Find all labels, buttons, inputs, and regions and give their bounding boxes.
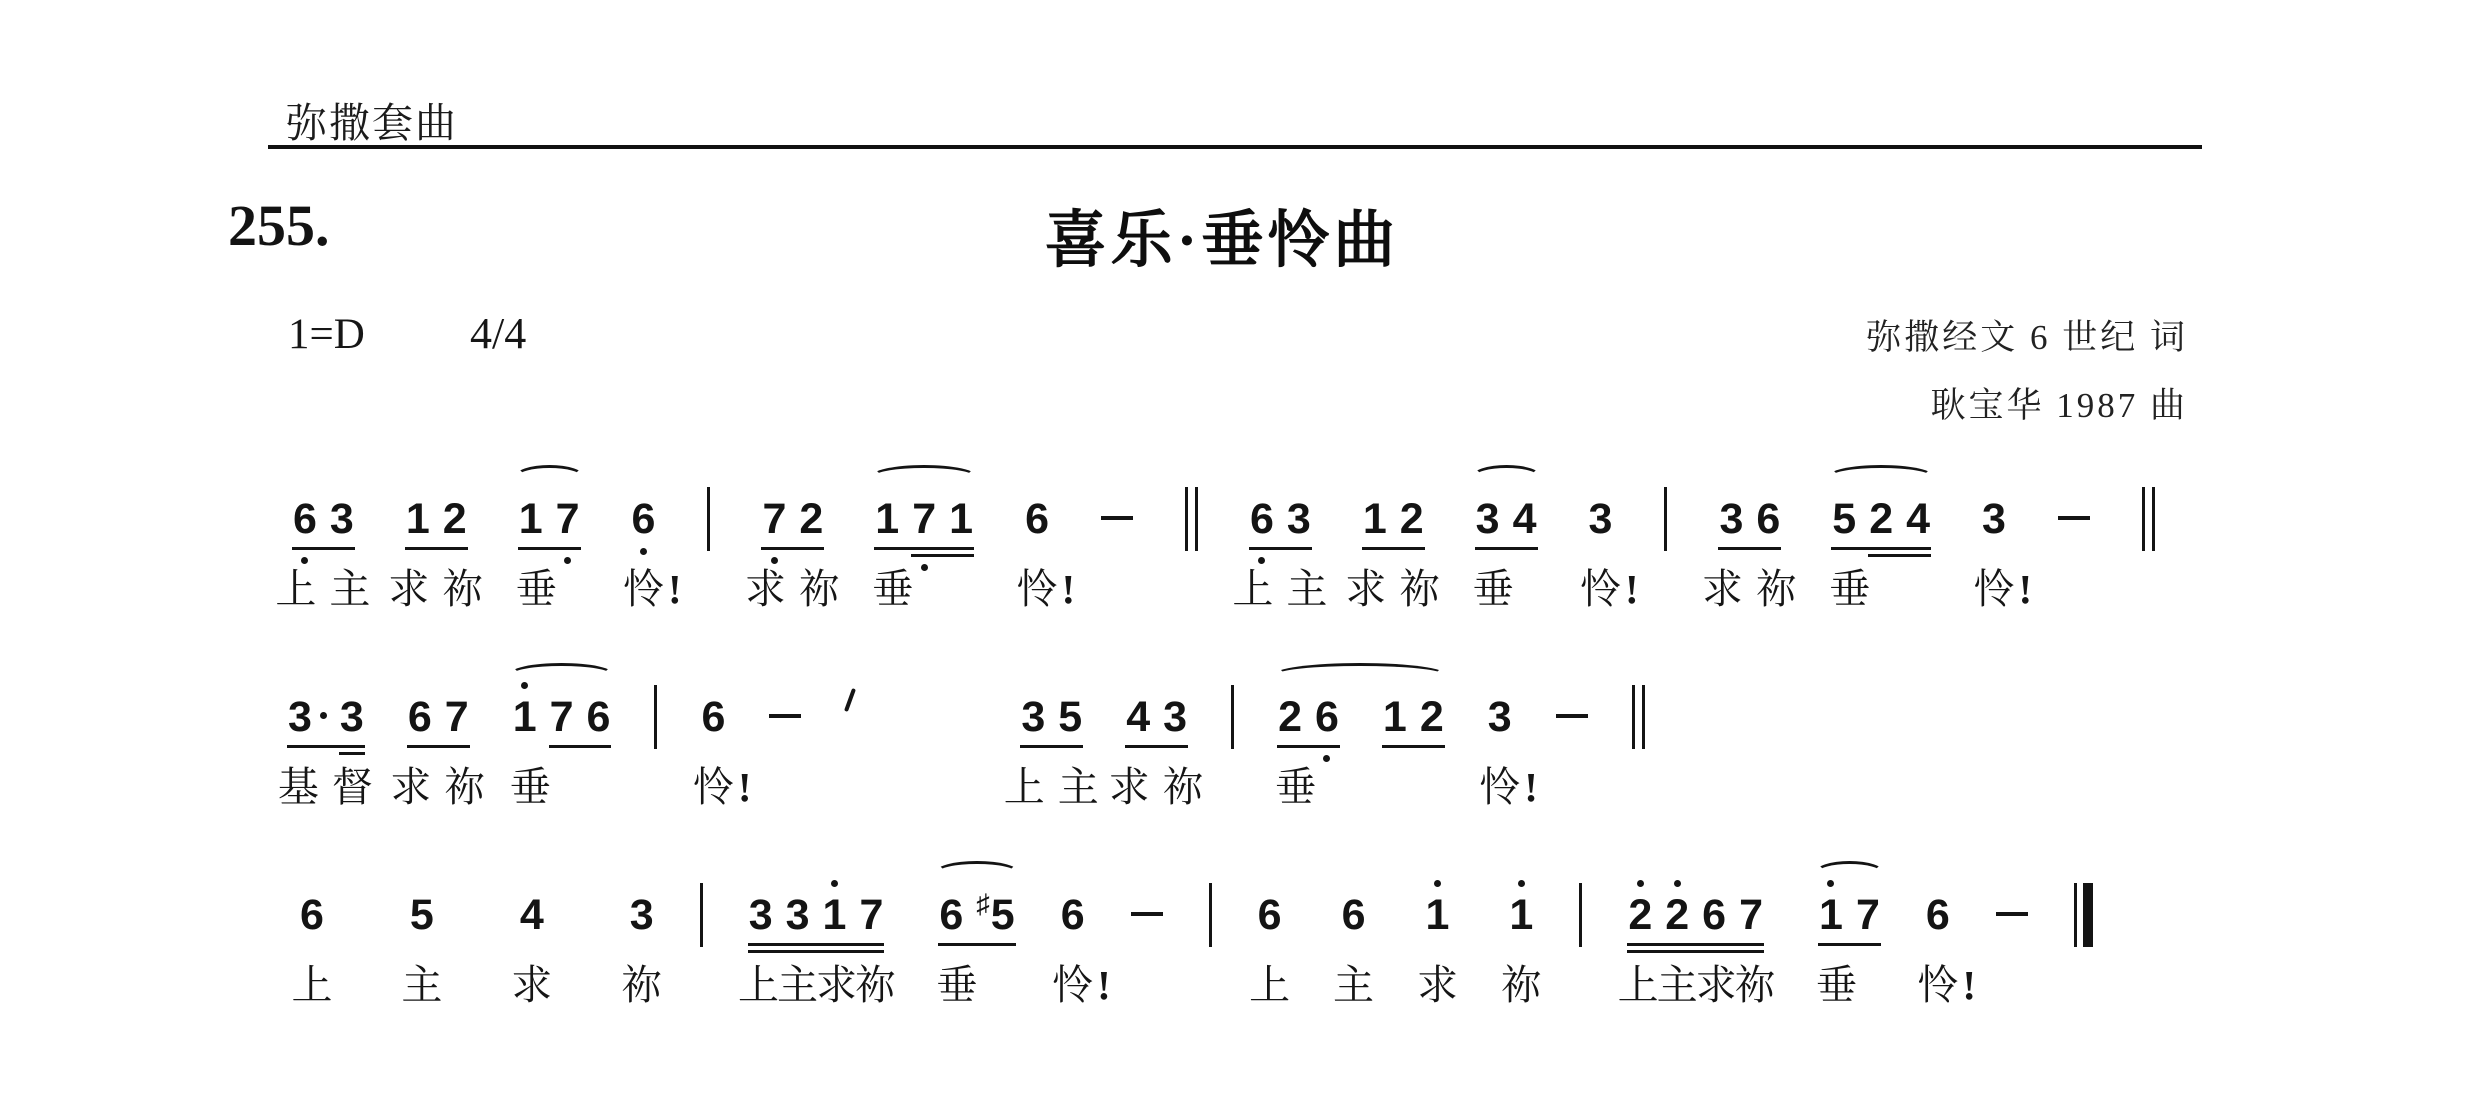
note-digits: 1 bbox=[1509, 892, 1533, 938]
note-digit: 3 bbox=[1163, 694, 1187, 740]
lyric: 上 bbox=[1249, 962, 1290, 1008]
note-digit: 3 bbox=[1287, 496, 1311, 542]
note-digit: 7 bbox=[550, 694, 574, 740]
note-digits: 6 bbox=[300, 892, 324, 938]
lyric-exclamation: ! bbox=[1062, 566, 1076, 612]
note: 6主 bbox=[1342, 892, 1366, 938]
note-group: 6♯5垂 bbox=[939, 892, 1014, 938]
note-group: 524垂 bbox=[1832, 496, 1930, 542]
note-digits: 12 bbox=[1383, 694, 1444, 740]
lyric: 求祢 bbox=[388, 566, 496, 612]
note-digits: 524 bbox=[1832, 496, 1930, 542]
beam-underline bbox=[1277, 745, 1340, 748]
lyric: 求 bbox=[511, 962, 552, 1008]
note-digit: 3 bbox=[630, 892, 654, 938]
note-digits: 6 bbox=[1025, 496, 1049, 542]
slur-arc bbox=[1472, 465, 1541, 488]
beam-underline bbox=[761, 547, 824, 550]
note-group: 17垂 bbox=[1819, 892, 1880, 938]
note-digits: 4 bbox=[520, 892, 544, 938]
beam-underline bbox=[911, 554, 974, 557]
beam-underline bbox=[1718, 547, 1781, 550]
note-digit: 2 bbox=[1400, 496, 1424, 542]
beam-underline bbox=[748, 943, 885, 946]
lyric-exclamation: ! bbox=[2019, 566, 2033, 612]
note-digit: 1 bbox=[949, 496, 973, 542]
note-digit: 7 bbox=[556, 496, 580, 542]
note-digits: 6♯5 bbox=[939, 892, 1014, 938]
breath-mark bbox=[845, 694, 857, 740]
lyric: 垂 bbox=[516, 566, 557, 612]
note-digit: 3 bbox=[1982, 496, 2006, 542]
note-digit: 6 bbox=[1025, 496, 1049, 542]
note-digits: 63 bbox=[1250, 496, 1311, 542]
note-group: 176垂 bbox=[513, 694, 611, 740]
note-digit: 2 bbox=[1278, 694, 1302, 740]
note-digit: 7 bbox=[445, 694, 469, 740]
note-group: 2267上主求祢 bbox=[1628, 892, 1763, 938]
note-digits: 171 bbox=[875, 496, 973, 542]
note-digit: 3 bbox=[1589, 496, 1613, 542]
note-digits: 3317 bbox=[749, 892, 884, 938]
double-barline bbox=[2142, 487, 2155, 551]
note-group: 72求祢 bbox=[762, 496, 823, 542]
lyric: 垂 bbox=[510, 764, 551, 810]
note: 1祢 bbox=[1509, 892, 1533, 938]
lyric: 求 bbox=[1417, 962, 1458, 1008]
note-digit: 4 bbox=[520, 892, 544, 938]
note-group: 3317上主求祢 bbox=[749, 892, 884, 938]
hold-dash bbox=[2058, 496, 2090, 542]
beam-underline bbox=[1125, 745, 1188, 748]
beam-underline bbox=[1362, 547, 1425, 550]
beam-underline bbox=[1382, 745, 1445, 748]
lyric: 怜! bbox=[693, 764, 734, 810]
lyric: 垂 bbox=[872, 566, 913, 612]
barline bbox=[1664, 487, 1667, 551]
hold-dash bbox=[1996, 892, 2028, 938]
note-digit: 6 bbox=[587, 694, 611, 740]
note-digit: 5 bbox=[1832, 496, 1856, 542]
beam-underline bbox=[405, 547, 468, 550]
note: 3祢 bbox=[630, 892, 654, 938]
note-digit: 1 bbox=[1425, 892, 1449, 938]
note-group: 171垂 bbox=[875, 496, 973, 542]
note-group: 63上主 bbox=[1250, 496, 1311, 542]
music-line: 33基督67求祢176垂6怜!35上主43求祢26垂123怜! bbox=[288, 694, 1645, 749]
note-digits: 6 bbox=[1342, 892, 1366, 938]
beam-underline bbox=[1627, 950, 1764, 953]
note-digit: 6 bbox=[632, 496, 656, 542]
barline bbox=[1209, 883, 1212, 947]
beam-underline bbox=[1868, 554, 1931, 557]
lyric: 垂 bbox=[1275, 764, 1316, 810]
note: 3怜! bbox=[1589, 496, 1613, 542]
note-digit: 6 bbox=[408, 694, 432, 740]
note-digit: 1 bbox=[823, 892, 847, 938]
note-digit: 6 bbox=[1250, 496, 1274, 542]
note-digit: 6 bbox=[1342, 892, 1366, 938]
note: 6上 bbox=[300, 892, 324, 938]
note-group: 26垂 bbox=[1278, 694, 1339, 740]
note-digit: 3 bbox=[340, 694, 364, 740]
note-digit: 4 bbox=[1513, 496, 1537, 542]
note-digit: 1 bbox=[1509, 892, 1533, 938]
final-barline bbox=[2074, 883, 2093, 947]
note-digits: 12 bbox=[406, 496, 467, 542]
lyric-exclamation: ! bbox=[1625, 566, 1639, 612]
note-digit: 6 bbox=[939, 892, 963, 938]
credit-lyricist: 弥撒经文 6 世纪 词 bbox=[1866, 310, 2188, 360]
lyric-exclamation: ! bbox=[1962, 962, 1976, 1008]
note-digit: 1 bbox=[513, 694, 537, 740]
lyric: 怜! bbox=[1917, 962, 1958, 1008]
note-digits: 6 bbox=[1926, 892, 1950, 938]
note: 6怜! bbox=[1025, 496, 1049, 542]
note-digit: 3 bbox=[1021, 694, 1045, 740]
note-digit: 3 bbox=[1476, 496, 1500, 542]
lyric-exclamation: ! bbox=[1524, 764, 1538, 810]
note-digits: 36 bbox=[1719, 496, 1780, 542]
note-digits: 5 bbox=[410, 892, 434, 938]
hold-dash bbox=[1101, 496, 1133, 542]
hold-dash bbox=[1556, 694, 1588, 740]
beam-underline bbox=[549, 745, 612, 748]
note-digits: 72 bbox=[762, 496, 823, 542]
hymnal-page: { "page": { "running_head": "弥撒套曲", "hym… bbox=[0, 0, 2468, 1104]
note-digit: 2 bbox=[1665, 892, 1689, 938]
note-digit: 2 bbox=[1869, 496, 1893, 542]
lyric: 上主 bbox=[275, 566, 383, 612]
note-digit: 6 bbox=[1315, 694, 1339, 740]
barline bbox=[1579, 883, 1582, 947]
note-digit: 3 bbox=[1719, 496, 1743, 542]
key-signature: 1=D bbox=[288, 310, 365, 359]
augmentation-dot bbox=[320, 712, 327, 719]
note-digits: 17 bbox=[519, 496, 580, 542]
lyric: 怜! bbox=[1580, 566, 1621, 612]
barline bbox=[700, 883, 703, 947]
lyric: 上 bbox=[291, 962, 332, 1008]
credit-composer: 耿宝华 1987 曲 bbox=[1930, 378, 2188, 428]
note-digit: 6 bbox=[293, 496, 317, 542]
note-digit: 6 bbox=[1258, 892, 1282, 938]
note-digit: 1 bbox=[406, 496, 430, 542]
note-group: 17垂 bbox=[519, 496, 580, 542]
note-digit: 1 bbox=[1383, 694, 1407, 740]
note-digit: 5 bbox=[1058, 694, 1082, 740]
hold-dash bbox=[1131, 892, 1163, 938]
beam-underline bbox=[292, 547, 355, 550]
note-digits: 3 bbox=[630, 892, 654, 938]
note: 3怜! bbox=[1488, 694, 1512, 740]
note-digit: 2 bbox=[1420, 694, 1444, 740]
note-digits: 33 bbox=[288, 694, 364, 740]
lyric: 求祢 bbox=[1702, 566, 1810, 612]
note-digits: 17 bbox=[1819, 892, 1880, 938]
note-digit: 6 bbox=[1702, 892, 1726, 938]
page-title: 喜乐·垂怜曲 bbox=[1045, 190, 1400, 279]
double-barline bbox=[1632, 685, 1645, 749]
note-group: 12 bbox=[1383, 694, 1444, 740]
hold-dash bbox=[769, 694, 801, 740]
beam-underline bbox=[938, 943, 1015, 946]
note: 3怜! bbox=[1982, 496, 2006, 542]
music-line: 63上主12求祢17垂6怜!72求祢171垂6怜!63上主12求祢34垂3怜!3… bbox=[293, 496, 2155, 551]
lyric: 垂 bbox=[1473, 566, 1514, 612]
lyric: 求祢 bbox=[745, 566, 853, 612]
beam-underline bbox=[1475, 547, 1538, 550]
lyric-exclamation: ! bbox=[738, 764, 752, 810]
note-digit: 3 bbox=[330, 496, 354, 542]
note-digit: 6 bbox=[1061, 892, 1085, 938]
lyric: 祢 bbox=[621, 962, 662, 1008]
note-digits: 3 bbox=[1589, 496, 1613, 542]
lyric: 垂 bbox=[936, 962, 977, 1008]
slur-arc bbox=[1274, 663, 1446, 686]
note-digit: 7 bbox=[1856, 892, 1880, 938]
note-digits: 63 bbox=[293, 496, 354, 542]
note-digits: 26 bbox=[1278, 694, 1339, 740]
note-digit: ♯5 bbox=[976, 892, 1014, 938]
running-head: 弥撒套曲 bbox=[286, 90, 458, 149]
beam-underline bbox=[1818, 943, 1881, 946]
note-digits: 35 bbox=[1021, 694, 1082, 740]
barline bbox=[707, 487, 710, 551]
lyric: 上主求祢 bbox=[1618, 962, 1774, 1008]
slur-arc bbox=[871, 465, 977, 488]
double-barline bbox=[1185, 487, 1198, 551]
note-digit: 3 bbox=[288, 694, 327, 740]
note-digit: 3 bbox=[1488, 694, 1512, 740]
sharp-icon: ♯ bbox=[976, 889, 990, 919]
note-digit: 2 bbox=[799, 496, 823, 542]
note: 6怜! bbox=[632, 496, 656, 542]
note-digit: 7 bbox=[912, 496, 936, 542]
lyric: 上主求祢 bbox=[738, 962, 894, 1008]
note-digits: 6 bbox=[701, 694, 725, 740]
note-digit: 1 bbox=[519, 496, 543, 542]
note-group: 33基督 bbox=[288, 694, 364, 740]
note-digit: 6 bbox=[1926, 892, 1950, 938]
beam-underline bbox=[339, 752, 365, 755]
slur-arc bbox=[1815, 861, 1884, 884]
barline bbox=[654, 685, 657, 749]
note: 5主 bbox=[410, 892, 434, 938]
note-digits: 6 bbox=[1061, 892, 1085, 938]
header-rule bbox=[268, 145, 2202, 149]
lyric: 主 bbox=[401, 962, 442, 1008]
note: 1求 bbox=[1425, 892, 1449, 938]
note: 6上 bbox=[1258, 892, 1282, 938]
lyric: 怜! bbox=[1479, 764, 1520, 810]
lyric: 求祢 bbox=[1345, 566, 1453, 612]
beam-underline bbox=[1020, 745, 1083, 748]
note: 6怜! bbox=[1926, 892, 1950, 938]
time-signature: 4/4 bbox=[470, 308, 526, 359]
note-group: 35上主 bbox=[1021, 694, 1082, 740]
beam-underline bbox=[1831, 547, 1871, 550]
note-digits: 2267 bbox=[1628, 892, 1763, 938]
barline bbox=[1231, 685, 1234, 749]
beam-underline bbox=[911, 547, 974, 550]
lyric: 怜! bbox=[1052, 962, 1093, 1008]
lyric: 上主 bbox=[1004, 764, 1112, 810]
note-digits: 67 bbox=[408, 694, 469, 740]
note-group: 43求祢 bbox=[1126, 694, 1187, 740]
note-group: 67求祢 bbox=[408, 694, 469, 740]
beam-underline bbox=[748, 950, 885, 953]
note-digit: 7 bbox=[762, 496, 786, 542]
note-digit: 3 bbox=[749, 892, 773, 938]
note-digit: 5 bbox=[410, 892, 434, 938]
lyric: 主 bbox=[1333, 962, 1374, 1008]
note-group: 34垂 bbox=[1476, 496, 1537, 542]
note-group: 12求祢 bbox=[406, 496, 467, 542]
beam-underline bbox=[287, 745, 342, 748]
lyric: 垂 bbox=[1816, 962, 1857, 1008]
note-digits: 6 bbox=[632, 496, 656, 542]
note-digits: 3 bbox=[1982, 496, 2006, 542]
note-group: 36求祢 bbox=[1719, 496, 1780, 542]
lyric-exclamation: ! bbox=[668, 566, 682, 612]
beam-underline bbox=[518, 547, 581, 550]
hymn-number: 255. bbox=[228, 192, 330, 259]
note-group: 63上主 bbox=[293, 496, 354, 542]
lyric: 基督 bbox=[278, 764, 386, 810]
lyric: 怜! bbox=[623, 566, 664, 612]
note-digits: 6 bbox=[1258, 892, 1282, 938]
beam-underline bbox=[1868, 547, 1931, 550]
lyric: 祢 bbox=[1501, 962, 1542, 1008]
note-digit: 1 bbox=[875, 496, 899, 542]
note-digit: 4 bbox=[1126, 694, 1150, 740]
note-digit: 6 bbox=[1756, 496, 1780, 542]
lyric: 求祢 bbox=[390, 764, 498, 810]
note-digits: 34 bbox=[1476, 496, 1537, 542]
slur-arc bbox=[515, 465, 584, 488]
note-digit: 3 bbox=[786, 892, 810, 938]
lyric: 求祢 bbox=[1109, 764, 1217, 810]
note-digits: 176 bbox=[513, 694, 611, 740]
beam-underline bbox=[1249, 547, 1312, 550]
note: 4求 bbox=[520, 892, 544, 938]
note-digit: 4 bbox=[1906, 496, 1930, 542]
lyric: 垂 bbox=[1829, 566, 1870, 612]
note-digit: 7 bbox=[859, 892, 883, 938]
note: 6怜! bbox=[701, 694, 725, 740]
lyric: 怜! bbox=[1974, 566, 2015, 612]
beam-underline bbox=[874, 547, 914, 550]
note-digit: 2 bbox=[443, 496, 467, 542]
beam-underline bbox=[1627, 943, 1764, 946]
note-digit: 7 bbox=[1739, 892, 1763, 938]
music-line: 6上5主4求3祢3317上主求祢6♯5垂6怜!6上6主1求1祢2267上主求祢1… bbox=[300, 892, 2093, 947]
note-digits: 3 bbox=[1488, 694, 1512, 740]
note-digit: 6 bbox=[701, 694, 725, 740]
note-digit: 1 bbox=[1363, 496, 1387, 542]
note-group: 12求祢 bbox=[1363, 496, 1424, 542]
note: 6怜! bbox=[1061, 892, 1085, 938]
note-digits: 43 bbox=[1126, 694, 1187, 740]
note-digit: 6 bbox=[300, 892, 324, 938]
note-digits: 1 bbox=[1425, 892, 1449, 938]
lyric: 怜! bbox=[1017, 566, 1058, 612]
slur-arc bbox=[1828, 465, 1934, 488]
slur-arc bbox=[935, 861, 1018, 884]
note-digit: 1 bbox=[1819, 892, 1843, 938]
beam-underline bbox=[407, 745, 470, 748]
lyric: 上主 bbox=[1232, 566, 1340, 612]
note-digit: 2 bbox=[1628, 892, 1652, 938]
lyric-exclamation: ! bbox=[1097, 962, 1111, 1008]
note-digits: 12 bbox=[1363, 496, 1424, 542]
beam-underline bbox=[339, 745, 365, 748]
